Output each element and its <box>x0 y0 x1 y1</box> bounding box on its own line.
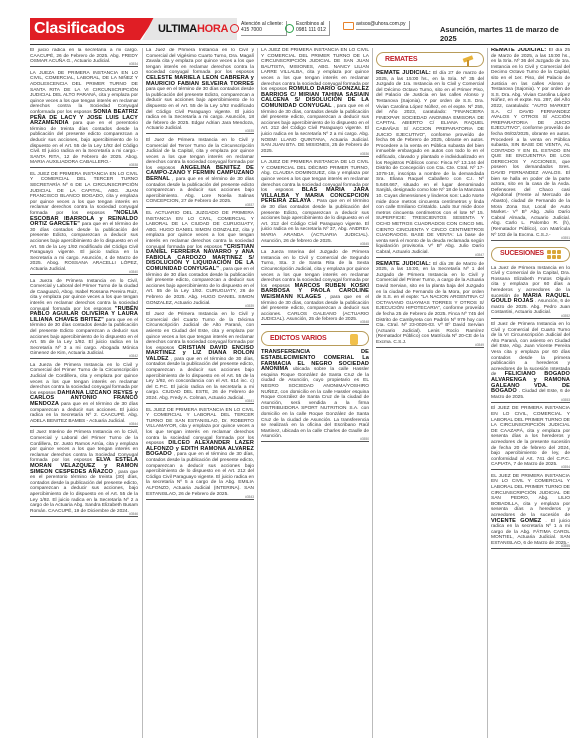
notice-separator: #3543 <box>146 499 254 502</box>
notice-highlight: DILCEO ALEXANDER LAZER ALFONZO y EDITH R… <box>146 440 254 457</box>
people-icon <box>547 250 561 260</box>
classified-notice: El juicio radica en la secretaría a mi c… <box>30 48 138 65</box>
column-3: LA JUEZ DE PRIMERA INSTANCIA EN LO CIVIL… <box>261 48 369 738</box>
classified-notice: REMATE JUDICIAL: El día 25 de Marzo de 2… <box>491 48 570 238</box>
notice-code: #3554 <box>561 465 570 471</box>
column-1: El juicio radica en la secretaría a mi c… <box>30 48 138 738</box>
section-title: REMATES <box>385 57 417 63</box>
notice-code: #3534 <box>129 62 138 68</box>
column-4: REMATESREMATE JUDICIAL: El día 27 de mar… <box>376 48 484 738</box>
notice-code: #3538 <box>129 163 138 169</box>
notice-highlight: TRANSFERENCIA DE ESTABLECIMIENTO COMERIA… <box>261 349 369 372</box>
notice-highlight: "CRISTIAN DANIEL FERREIRA NAVARRO y ANA … <box>146 244 254 272</box>
publication-logo: ULTIMAHORA <box>142 18 237 40</box>
notice-separator: #3552 <box>491 318 570 321</box>
column-5: REMATE JUDICIAL: El día 25 de Marzo de 2… <box>491 48 570 738</box>
notice-code: #3552 <box>561 314 570 320</box>
notice-code: #3544 <box>129 422 138 428</box>
notice-code: #3539 <box>245 304 254 310</box>
notice-code: #3548 <box>360 320 369 326</box>
notice-code: #3550 <box>360 437 369 443</box>
notice-separator: #3547 <box>376 257 484 260</box>
notice-separator: #3538 <box>30 167 138 170</box>
contact-phone: Atención al cliente:415 7000 <box>230 21 287 36</box>
classified-notice: El JUEZ DE PRIMERA INSTANCIA EN LO CIVIL… <box>491 406 570 468</box>
notice-highlight: DAHIANA LIZCANO REYES y CARLOS ANTONIO F… <box>30 390 138 407</box>
notice-highlight: CELESTE MARIELA LEON CABRERA y MAURICIO … <box>146 75 254 87</box>
notice-highlight: REMATE JUDICIAL: <box>376 261 431 267</box>
column-divider <box>142 48 143 738</box>
notice-separator: #3536 <box>261 156 369 159</box>
classified-notice: El Juez de Primera Instancia en lo Civil… <box>146 138 254 205</box>
notice-code: #3535 <box>245 129 254 135</box>
classified-notice: La Jueza de Primera Instancia en lo Civi… <box>30 279 138 357</box>
notice-separator: #3555 <box>491 548 570 551</box>
whatsapp-icon <box>285 24 294 33</box>
notice-separator: #3546 <box>30 516 138 519</box>
section-header-edictos-varios: EDICTOS VARIOS <box>261 331 369 346</box>
section-title: EDICTOS VARIOS <box>270 336 326 342</box>
classified-notice: LA JUEZA DE PRIMERA INSTANCIA EN LO CIVI… <box>30 71 138 166</box>
classified-notice: EL JUEZ DE PRIMERA INSTANCIA EN LO CIVIL… <box>146 408 254 498</box>
issue-date: Asunción, martes 11 de marzo de 2025 <box>440 25 570 43</box>
notice-separator: #3539 <box>146 308 254 311</box>
envelope-icon <box>343 22 354 30</box>
notice-highlight: "NOELIA ESCOBAR IBARROLA y REINALDO ORTI… <box>30 210 138 227</box>
notice-highlight: BLAS MARIA JARA VILLALBA Y MARIA CONCEPC… <box>261 187 369 204</box>
column-2: La Juez de Primera Instancia en lo Civil… <box>146 48 254 738</box>
notice-separator: #3550 <box>261 441 369 444</box>
notice-separator: #3551 <box>491 240 570 243</box>
notice-separator: #3553 <box>491 402 570 405</box>
classified-notice: La Jueza Interina del Juzgado de Primera… <box>261 250 369 323</box>
notice-highlight: MARCOS RUBEN KOSKI BARBOSA Y PAOLA CAROL… <box>261 283 369 300</box>
classified-notice: El Juez Interino de Primera Instancia en… <box>30 430 138 514</box>
column-divider <box>257 48 258 738</box>
notice-code: #3546 <box>129 512 138 518</box>
notice-separator: #3545 <box>261 246 369 249</box>
header-rule <box>30 44 570 45</box>
notice-highlight: ELVA ESTELA MORAN VELAZQUEZ y RAMON SIME… <box>30 457 138 474</box>
notice-highlight: SONIA BEATRIZ PEÑA DE LACY Y JOSE LUIS L… <box>30 109 138 126</box>
classified-notice: La Juez de Primera Instancia en lo Civil… <box>146 48 254 132</box>
column-divider <box>372 48 373 738</box>
notice-code: #3543 <box>245 495 254 501</box>
notice-highlight: VICENTE GOMEZ <box>491 518 541 524</box>
notice-code: #3551 <box>561 236 570 242</box>
section-header-sucesiones: SUCESIONES <box>491 247 570 262</box>
notice-code: #3555 <box>561 544 570 550</box>
notice-code: #3545 <box>360 242 369 248</box>
notice-separator: #3535 <box>146 133 254 136</box>
classified-notice: REMATE JUDICIAL: El día 28 de Marzo de 2… <box>376 262 484 346</box>
classified-notice: EL ACTUARIO DEL JUZGADO DE PRIMERA INSTA… <box>146 211 254 306</box>
notice-highlight: "RUBÉN PABLO AGUILAR OLIVEIRA Y LAURA LI… <box>30 306 138 323</box>
notice-highlight: REMATE JUDICIAL: <box>491 48 546 53</box>
notice-separator: #3534 <box>30 66 138 69</box>
section-brand: Clasificados <box>30 18 155 40</box>
notice-code: #3541 <box>245 399 254 405</box>
gavel-icon <box>461 55 475 65</box>
notice-highlight: REMATE JUDICIAL: <box>376 70 431 76</box>
classified-notice: LA JUEZ DE PRIMERA INSTANCIA DE LO CIVIL… <box>261 160 369 244</box>
notice-separator: #3542 <box>30 358 138 361</box>
notice-highlight: MARIA RAQUEL GOULD ROJAS <box>491 293 570 305</box>
classified-notice: REMATE JUDICIAL: El día 27 de marzo de 2… <box>376 71 484 256</box>
notice-separator: #3540 <box>30 274 138 277</box>
notice-separator: #3548 <box>261 324 369 327</box>
notice-separator: #3549 <box>376 347 484 350</box>
notice-code: #3542 <box>129 354 138 360</box>
notice-code: #3547 <box>475 253 484 259</box>
notice-separator: #3554 <box>491 469 570 472</box>
doc-icon <box>350 334 358 345</box>
classified-notice: El Juez de Primera Instancia en lo Civil… <box>491 322 570 400</box>
classified-notice: La Juez de Primera Instancia en lo Civil… <box>491 266 570 316</box>
notice-separator: #3541 <box>146 403 254 406</box>
notice-highlight: ROMULO DARIO GONZALEZ BARRIOS C/ MIRIAN … <box>261 86 369 109</box>
notice-highlight: FELICIANO BOGADO ALVARENGA y RAMONA GALE… <box>491 371 570 394</box>
classified-notice: LA JUEZ DE PRIMERA INSTANCIA EN LO CIVIL… <box>261 48 369 154</box>
notice-separator: #3544 <box>30 426 138 429</box>
contact-email[interactable]: avisos@uhora.com.py <box>343 21 410 30</box>
classified-notice: TRANSFERENCIA DE ESTABLECIMIENTO COMERIA… <box>261 350 369 440</box>
section-header-remates: REMATES <box>376 52 484 67</box>
classified-notice: El Juez de Primera Instancia en lo Civil… <box>146 312 254 402</box>
page-header: Clasificados ULTIMAHORA Atención al clie… <box>30 18 570 44</box>
notice-code: #3536 <box>360 152 369 158</box>
classified-notice: La Jueza de Primera Instancia en lo Civi… <box>30 363 138 425</box>
contact-whatsapp: Escribinos al0981 111 012 <box>285 21 330 36</box>
column-divider <box>487 48 488 738</box>
notice-highlight: CRISTIAN DAVID ENCISO MARTINEZ y LIZ DIA… <box>146 345 254 362</box>
classified-notice: EL JUEZ DE PRIMERA INSTANCIA EN LO CIVIL… <box>30 172 138 273</box>
notice-separator: #3537 <box>146 207 254 210</box>
notice-highlight: ANGELINA BENITEZ DE CAMPO-ZANO Y FERMIN … <box>146 165 254 182</box>
notice-code: #3540 <box>129 270 138 276</box>
notice-code: #3553 <box>561 398 570 404</box>
notice-code: #3549 <box>475 343 484 349</box>
phone-icon <box>230 24 239 33</box>
classified-notice: EL JUEZ DE PRIMERA INSTANCIA EN LO CIVIL… <box>491 474 570 547</box>
notice-code: #3537 <box>245 203 254 209</box>
section-title: SUCESIONES <box>500 251 544 257</box>
